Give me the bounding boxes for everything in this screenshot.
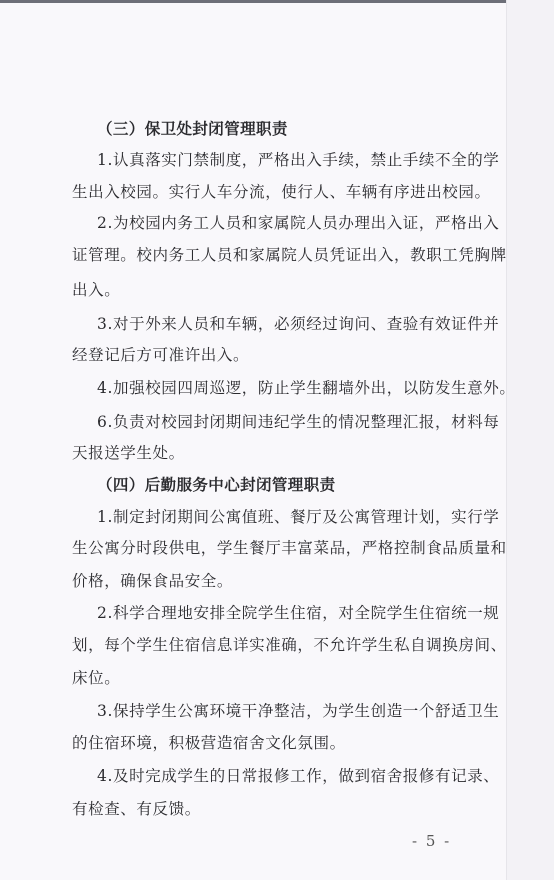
section-heading: （四）后勤服务中心封闭管理职责 [97,475,487,495]
paragraph-line: 经登记后方可准许出入。 [72,345,462,365]
paragraph-line: 1.认真落实门禁制度，严格出入手续，禁止手续不全的学 [97,150,487,170]
paragraph-line: 3.保持学生公寓环境干净整洁，为学生创造一个舒适卫生 [97,701,487,721]
paragraph-line: 1.制定封闭期间公寓值班、餐厅及公寓管理计划，实行学 [97,507,487,527]
paragraph-line: 出入。 [72,280,462,300]
paragraph-line: 3.对于外来人员和车辆，必须经过询问、查验有效证件并 [97,314,487,334]
paragraph-line: 证管理。校内务工人员和家属院人员凭证出入，教职工凭胸牌 [72,245,462,265]
paragraph-line: 4.及时完成学生的日常报修工作，做到宿舍报修有记录、 [97,766,487,786]
paragraph-line: 床位。 [72,668,462,688]
section-heading: （三）保卫处封闭管理职责 [97,119,487,139]
paragraph-line: 划，每个学生住宿信息详实准确，不允许学生私自调换房间、 [72,635,462,655]
scan-right-margin [506,0,554,880]
paragraph-line: 2.科学合理地安排全院学生住宿，对全院学生住宿统一规 [97,603,487,623]
paragraph-line: 4.加强校园四周巡逻，防止学生翻墙外出，以防发生意外。 [97,378,487,398]
paragraph-line: 2.为校园内务工人员和家属院人员办理出入证，严格出入 [97,213,487,233]
paragraph-line: 的住宿环境，积极营造宿舍文化氛围。 [72,733,462,753]
paragraph-line: 天报送学生处。 [72,443,462,463]
paragraph-line: 6.负责对校园封闭期间违纪学生的情况整理汇报，材料每 [97,412,487,432]
paragraph-line: 有检查、有反馈。 [72,799,462,819]
paragraph-line: 生公寓分时段供电，学生餐厅丰富菜品，严格控制食品质量和 [72,538,462,558]
paragraph-line: 生出入校园。实行人车分流，使行人、车辆有序进出校园。 [72,182,462,202]
paragraph-line: 价格，确保食品安全。 [72,571,462,591]
page-number: - 5 - [412,832,451,850]
